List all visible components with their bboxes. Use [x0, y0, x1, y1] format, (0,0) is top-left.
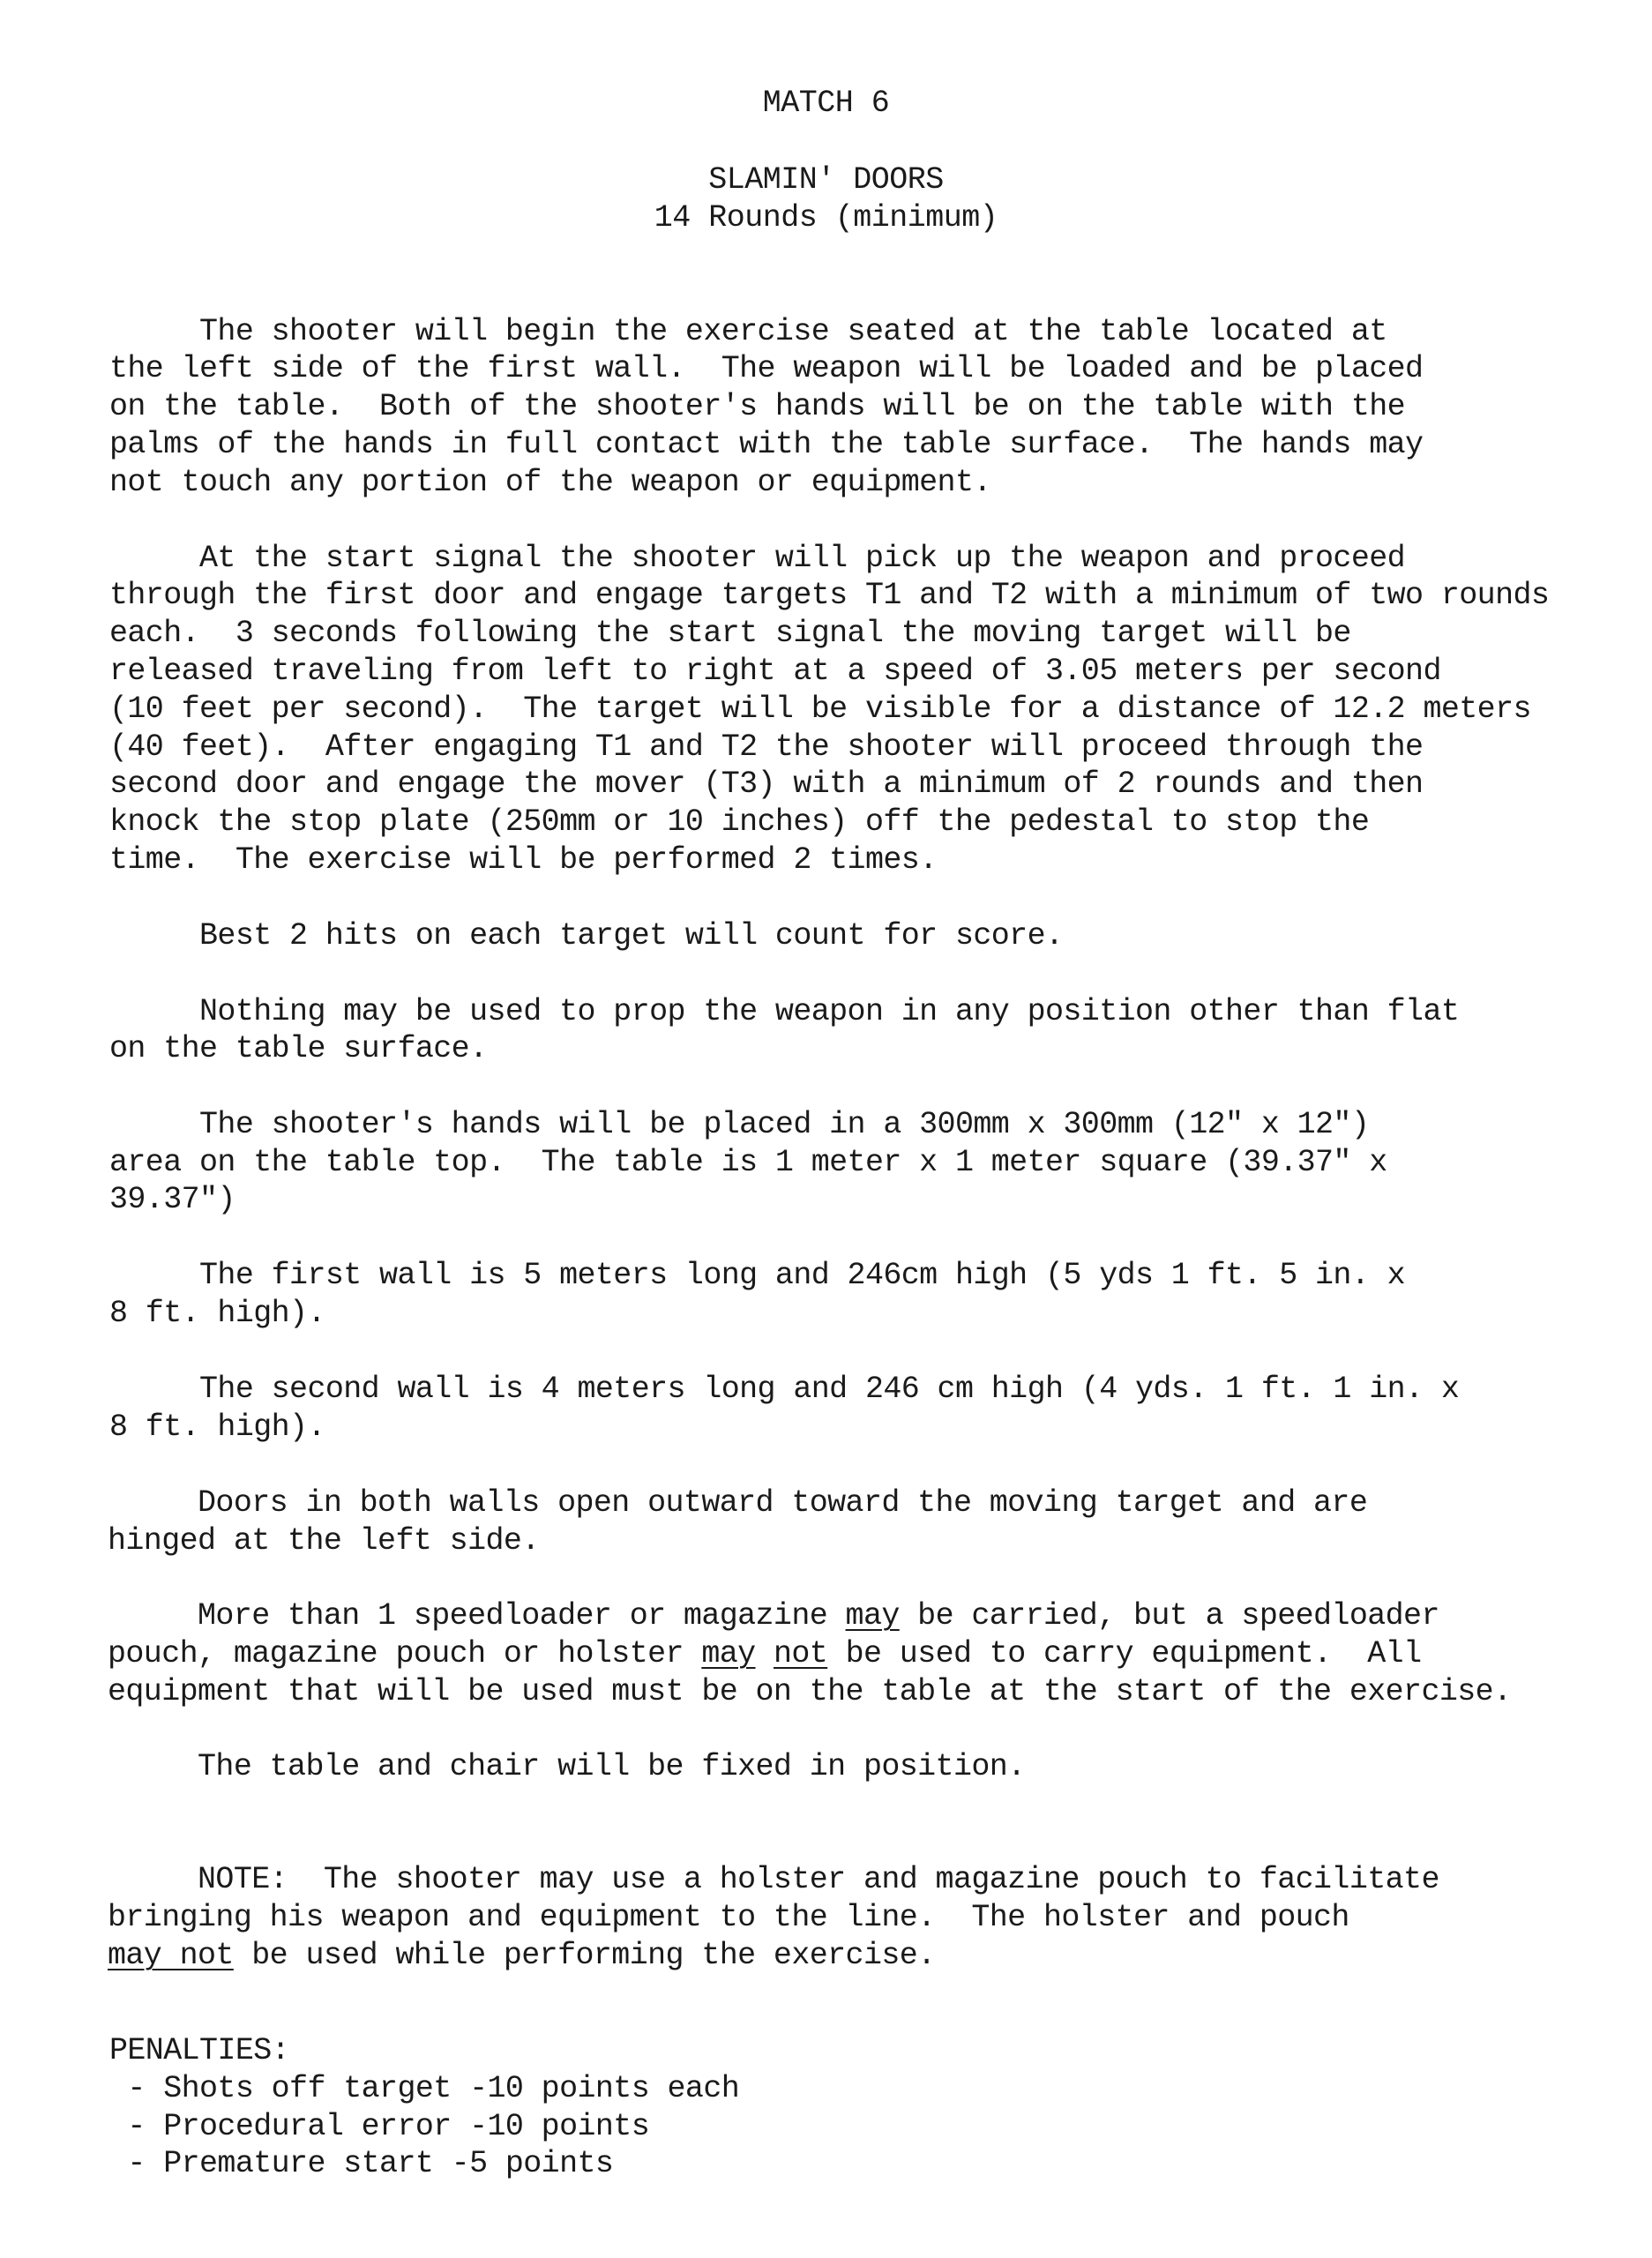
text-line: The second wall is 4 meters long and 246…	[109, 1371, 1459, 1408]
text-line: time. The exercise will be performed 2 t…	[109, 841, 938, 879]
text-line: equipment that will be used must be on t…	[108, 1673, 1511, 1710]
underlined-emphasis: may not	[108, 1938, 234, 1973]
text-span: be used to carry equipment. All	[827, 1636, 1421, 1671]
text-span: pouch, magazine pouch or holster	[108, 1636, 701, 1671]
text-line: bringing his weapon and equipment to the…	[108, 1899, 1349, 1936]
text-line: not touch any portion of the weapon or e…	[109, 464, 991, 501]
text-line: (40 feet). After engaging T1 and T2 the …	[109, 729, 1423, 766]
text-line: released traveling from left to right at…	[109, 653, 1441, 690]
text-line: on the table. Both of the shooter's hand…	[109, 388, 1405, 425]
text-line: may not be used while performing the exe…	[108, 1937, 936, 1974]
text-span: be used while performing the exercise.	[234, 1938, 936, 1973]
text-span: More than 1 speedloader or magazine	[108, 1598, 846, 1634]
text-line: each. 3 seconds following the start sign…	[109, 615, 1351, 652]
text-line: Doors in both walls open outward toward …	[108, 1484, 1367, 1522]
underlined-emphasis: may	[701, 1636, 755, 1671]
document-page: MATCH 6 SLAMIN' DOORS 14 Rounds (minimum…	[0, 0, 1652, 2258]
rounds-requirement: 14 Rounds (minimum)	[0, 199, 1652, 236]
underlined-emphasis: not	[774, 1636, 827, 1671]
text-span: be carried, but a speedloader	[900, 1598, 1439, 1634]
text-line: on the table surface.	[109, 1030, 487, 1067]
text-line: More than 1 speedloader or magazine may …	[108, 1597, 1439, 1634]
text-span	[756, 1636, 774, 1671]
text-line: 8 ft. high).	[109, 1409, 325, 1446]
text-line: pouch, magazine pouch or holster may not…	[108, 1635, 1422, 1672]
text-line: second door and engage the mover (T3) wi…	[109, 766, 1423, 803]
underlined-emphasis: may	[846, 1598, 900, 1634]
text-line: 39.37")	[109, 1181, 235, 1218]
text-line: At the start signal the shooter will pic…	[109, 540, 1405, 577]
match-title: SLAMIN' DOORS	[0, 161, 1652, 198]
penalty-item: - Shots off target -10 points each	[109, 2070, 739, 2107]
penalty-item: - Procedural error -10 points	[109, 2108, 649, 2145]
text-line: Best 2 hits on each target will count fo…	[109, 917, 1063, 954]
text-line: Nothing may be used to prop the weapon i…	[109, 993, 1459, 1030]
text-line: The shooter's hands will be placed in a …	[109, 1106, 1369, 1143]
text-line: palms of the hands in full contact with …	[109, 426, 1423, 463]
text-line: the left side of the first wall. The wea…	[109, 350, 1423, 387]
match-number: MATCH 6	[0, 85, 1652, 122]
penalty-item: - Premature start -5 points	[109, 2145, 613, 2182]
text-line: knock the stop plate (250mm or 10 inches…	[109, 804, 1369, 841]
text-line: (10 feet per second). The target will be…	[109, 691, 1531, 728]
text-line: through the first door and engage target…	[109, 577, 1549, 614]
text-line: hinged at the left side.	[108, 1522, 540, 1559]
text-line: area on the table top. The table is 1 me…	[109, 1144, 1387, 1181]
text-line: 8 ft. high).	[109, 1295, 325, 1332]
text-line: The first wall is 5 meters long and 246c…	[109, 1257, 1405, 1294]
text-line: The shooter will begin the exercise seat…	[109, 313, 1387, 350]
text-line: The table and chair will be fixed in pos…	[108, 1748, 1026, 1785]
penalties-heading: PENALTIES:	[109, 2032, 289, 2069]
text-line: NOTE: The shooter may use a holster and …	[108, 1861, 1439, 1898]
